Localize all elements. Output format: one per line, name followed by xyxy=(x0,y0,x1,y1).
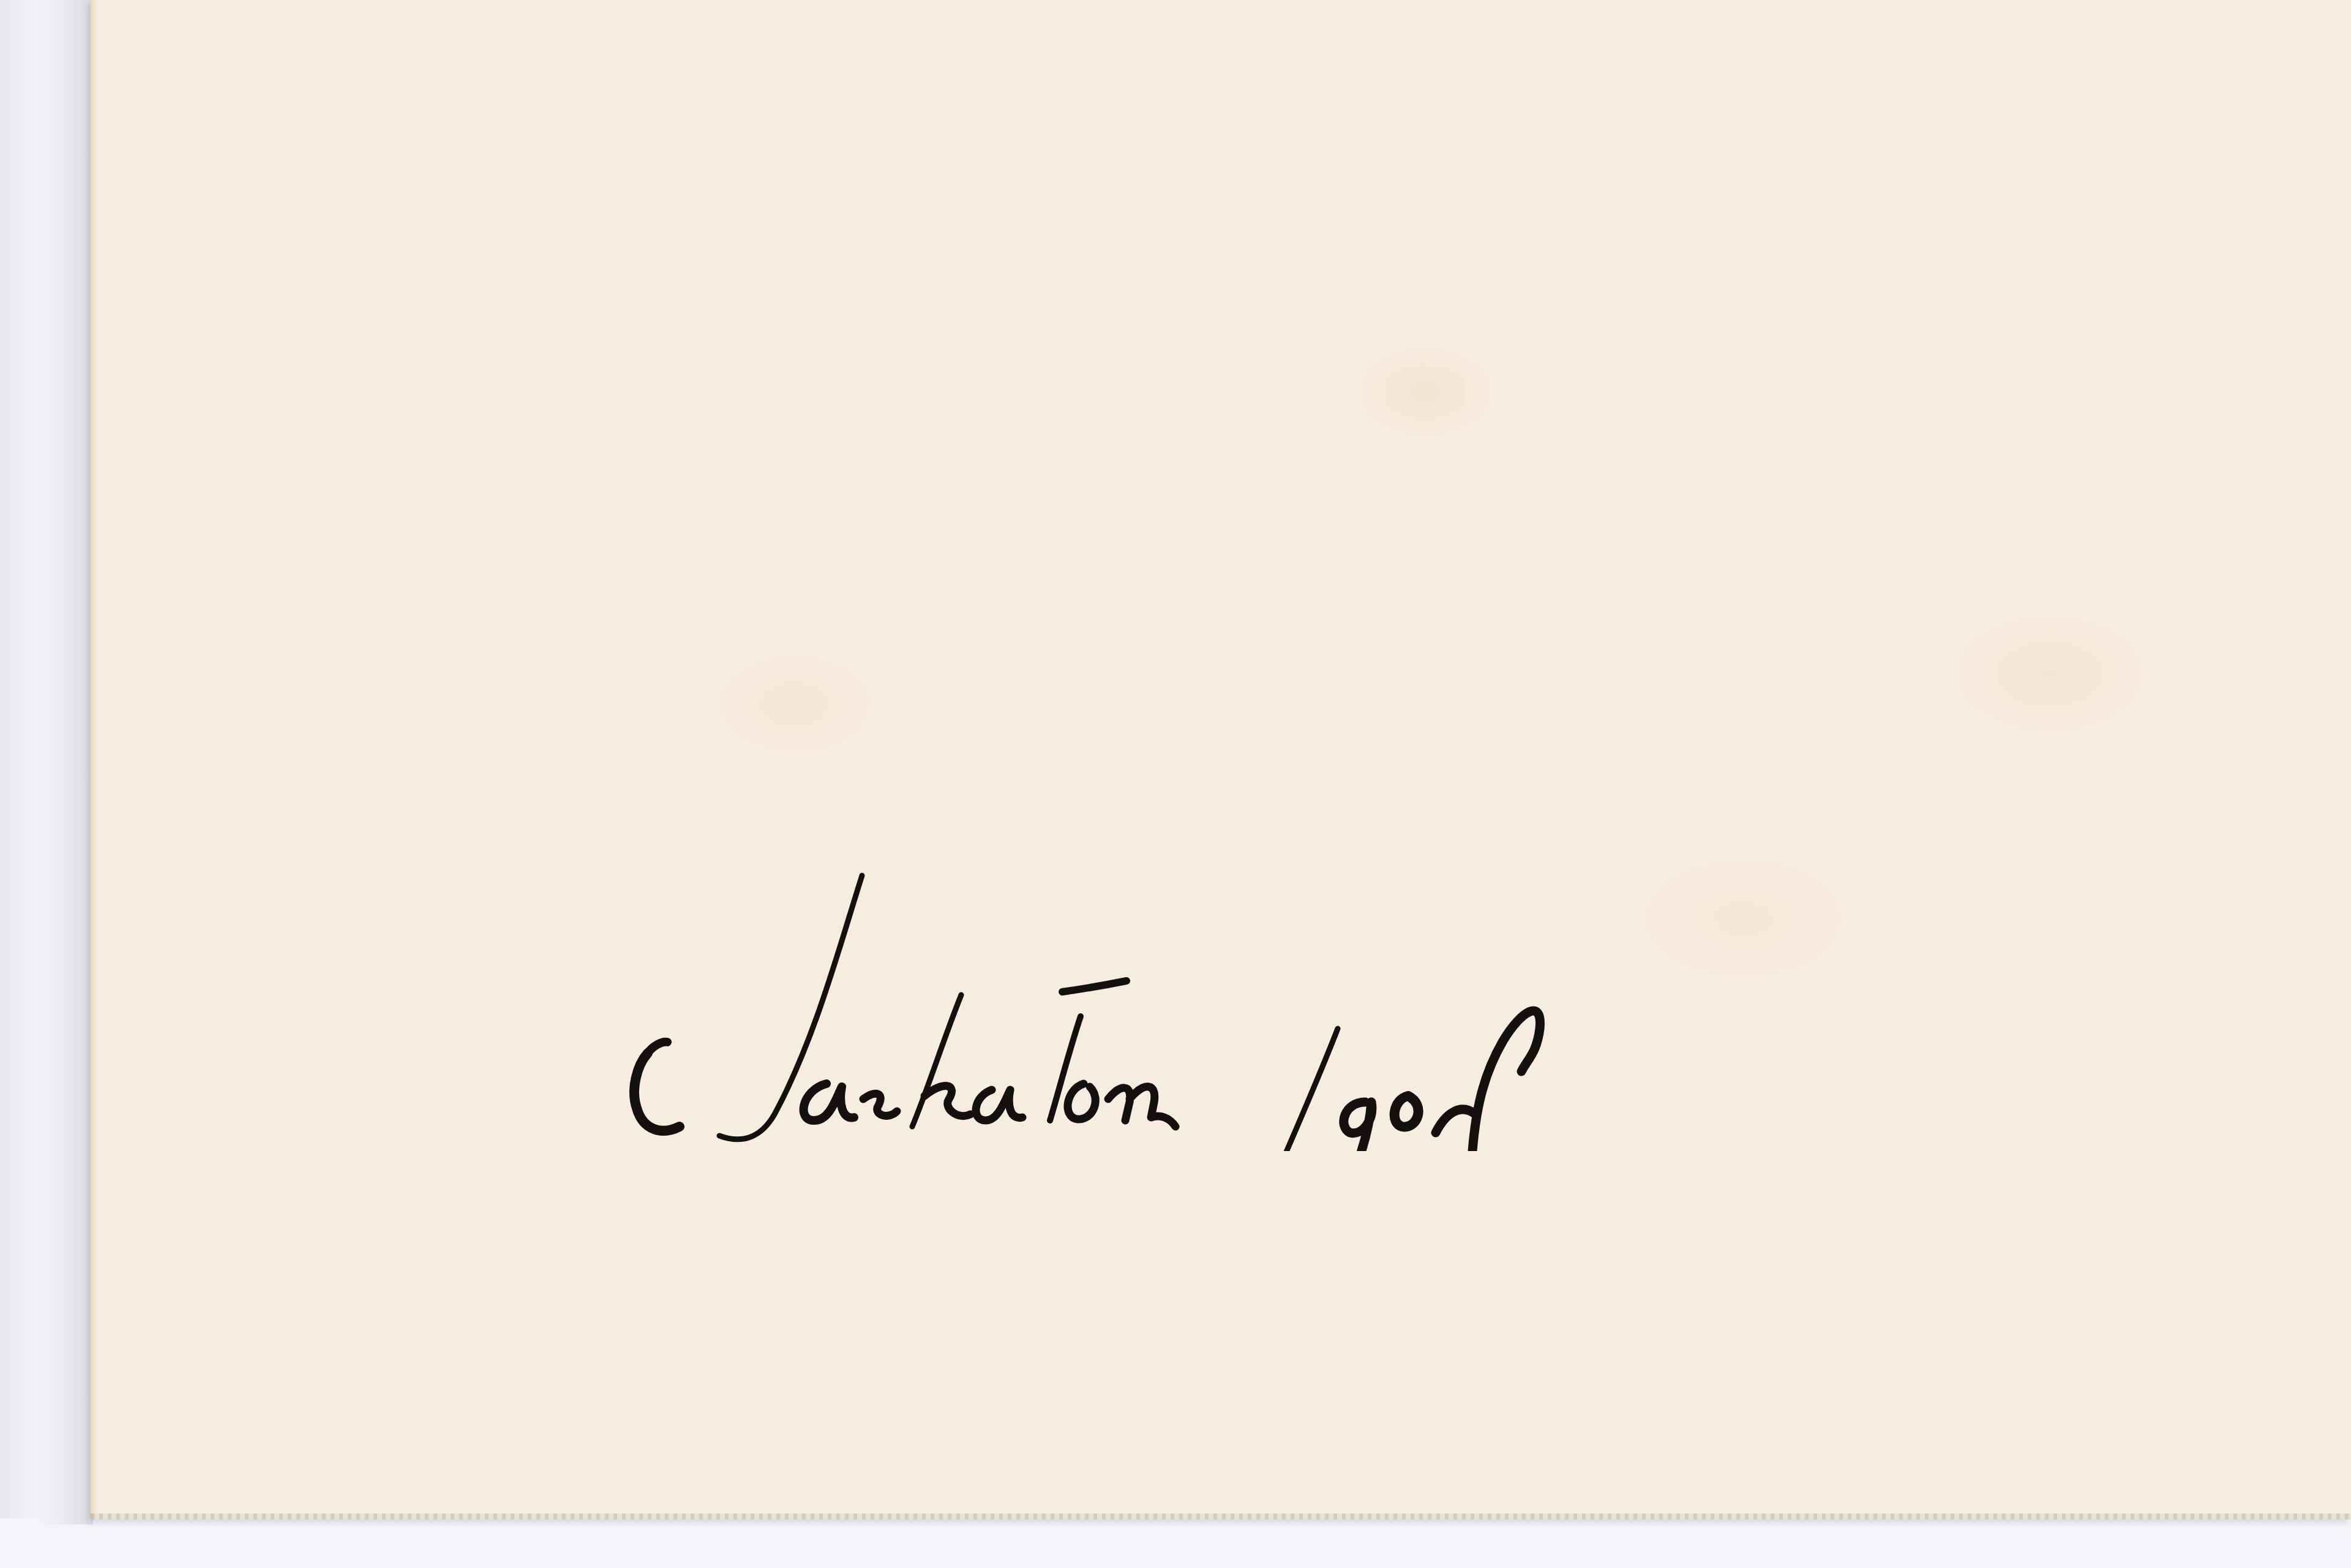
paper-bottom-edge xyxy=(91,1514,2351,1520)
inscription-ink-strokes xyxy=(618,857,1622,1151)
handwritten-inscription: Saskatoon 1908 xyxy=(618,857,1622,1151)
paper-left-edge xyxy=(91,0,97,1520)
paper-shadow xyxy=(37,0,93,1525)
backdrop-surface xyxy=(0,1518,2351,1568)
paper-sheet xyxy=(91,0,2351,1520)
